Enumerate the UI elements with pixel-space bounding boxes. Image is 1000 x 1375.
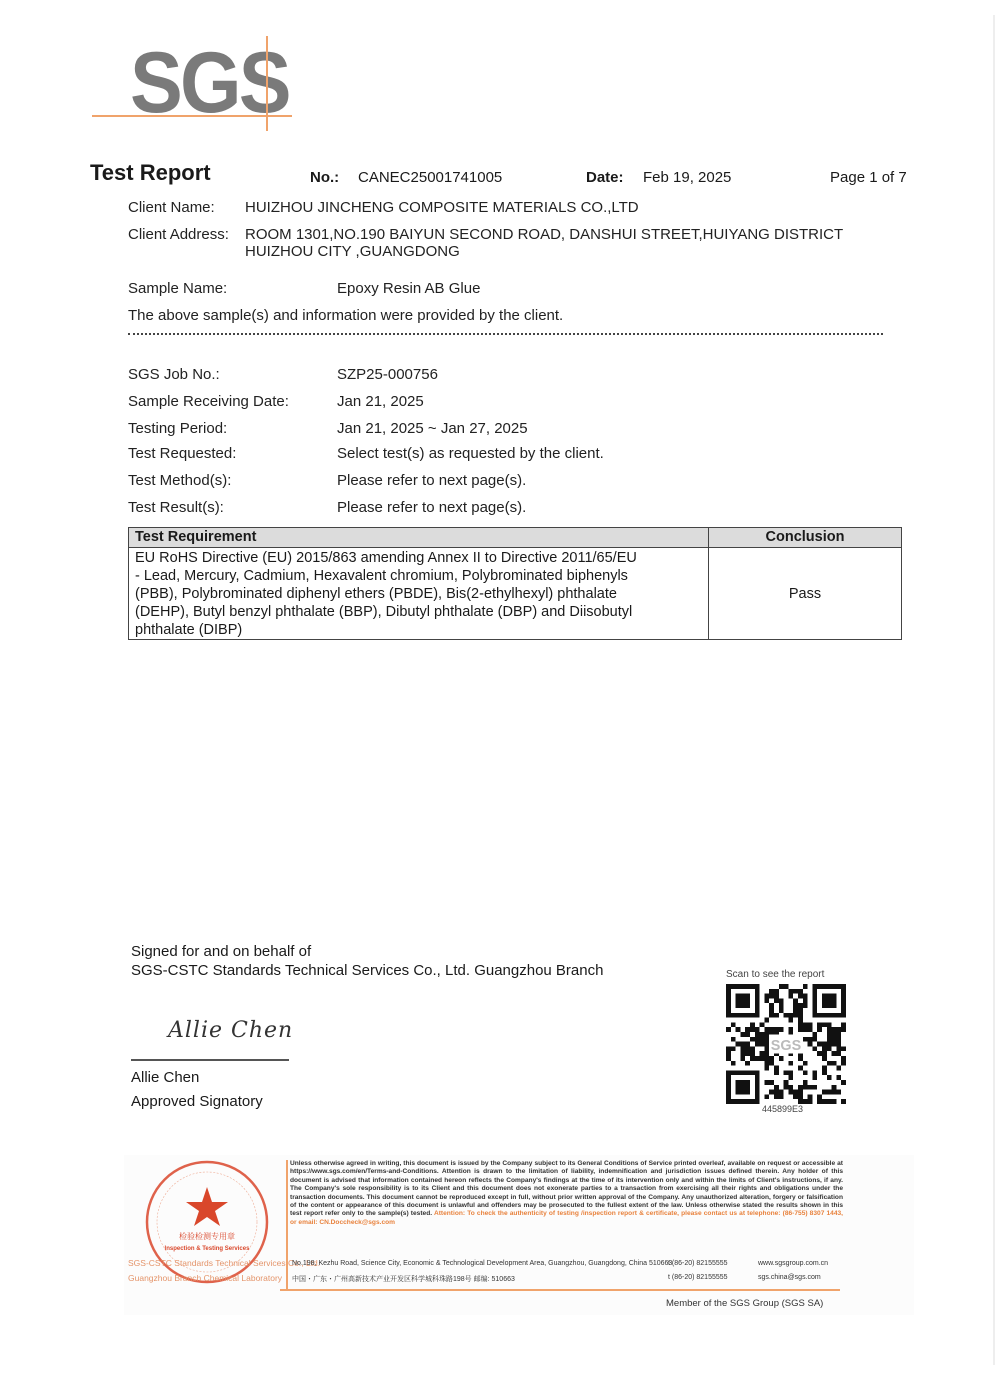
receiving-date-label: Sample Receiving Date: [128,393,289,410]
results-table: Test Requirement Conclusion EU RoHS Dire… [128,527,902,640]
requirement-line: (DEHP), Butyl benzyl phthalate (BBP), Di… [135,603,702,621]
page-indicator: Page 1 of 7 [830,169,907,186]
website-link[interactable]: www.sgsgroup.com.cn [758,1260,828,1267]
requirement-line: phthalate (DIBP) [135,621,702,639]
requirement-cell: EU RoHS Directive (EU) 2015/863 amending… [129,548,709,640]
requirement-line: (PBB), Polybrominated diphenyl ethers (P… [135,585,702,603]
testing-period-label: Testing Period: [128,420,227,437]
test-methods-label: Test Method(s): [128,472,231,489]
test-requested: Select test(s) as requested by the clien… [337,445,604,462]
report-title: Test Report [90,160,211,186]
client-address-line1: ROOM 1301,NO.190 BAIYUN SECOND ROAD, DAN… [245,226,843,243]
header-test-requirement: Test Requirement [129,528,709,548]
job-no: SZP25-000756 [337,366,438,383]
test-results-label: Test Result(s): [128,499,224,516]
qr-code-id: 445899E3 [762,1104,803,1114]
qr-center-label: SGS [771,1038,802,1054]
sample-name-label: Sample Name: [128,280,227,297]
client-address-line2: HUIZHOU CITY ,GUANGDONG [245,243,460,260]
address-english: No.198, Kezhu Road, Science City, Econom… [292,1260,672,1267]
header-conclusion: Conclusion [709,528,902,548]
sample-name: Epoxy Resin AB Glue [337,280,480,297]
test-methods: Please refer to next page(s). [337,472,526,489]
signatory-title: Approved Signatory [131,1093,263,1110]
logo-accent-horizontal [92,115,292,117]
email-link[interactable]: sgs.china@sgs.com [758,1274,821,1281]
client-address-label: Client Address: [128,226,229,243]
signing-company: SGS-CSTC Standards Technical Services Co… [131,961,603,980]
stamp-center-cn: 检验检测专用章 [179,1231,235,1241]
address-chinese: 中国・广东・广州高新技术产业开发区科学城科珠路198号 邮编: 510663 [292,1274,515,1284]
member-notice: Member of the SGS Group (SGS SA) [666,1298,823,1309]
page-edge [993,15,995,1365]
signature-block: Signed for and on behalf of SGS-CSTC Sta… [131,942,603,980]
job-no-label: SGS Job No.: [128,366,220,383]
report-number-label: No.: [310,169,339,186]
legal-text: Unless otherwise agreed in writing, this… [290,1160,843,1217]
test-results: Please refer to next page(s). [337,499,526,516]
telephone-2: t (86-20) 82155555 [668,1274,728,1281]
report-date-label: Date: [586,169,624,186]
requirement-line: EU RoHS Directive (EU) 2015/863 amending… [135,549,702,567]
requirement-line: - Lead, Mercury, Cadmium, Hexavalent chr… [135,567,702,585]
signatory-name: Allie Chen [131,1069,199,1086]
report-date: Feb 19, 2025 [643,169,731,186]
table-header-row: Test Requirement Conclusion [129,528,902,548]
conclusion-cell: Pass [709,548,902,640]
legal-disclaimer: Unless otherwise agreed in writing, this… [290,1160,843,1227]
qr-code-icon[interactable]: SGS [726,984,846,1104]
signature-line [131,1059,289,1061]
stamp-center-en: Inspection & Testing Services [165,1246,251,1252]
table-row: EU RoHS Directive (EU) 2015/863 amending… [129,548,902,640]
receiving-date: Jan 21, 2025 [337,393,424,410]
handwritten-signature: Allie Chen [168,1018,293,1043]
client-name: HUIZHOU JINCHENG COMPOSITE MATERIALS CO.… [245,199,639,216]
stamp-caption-line2: Guangzhou Branch Chemical Laboratory [128,1273,282,1283]
dashed-divider [128,333,883,335]
footer-accent-horizontal [280,1289,840,1291]
test-requested-label: Test Requested: [128,445,236,462]
signed-on-behalf: Signed for and on behalf of [131,942,603,961]
client-name-label: Client Name: [128,199,215,216]
footer-accent-vertical [286,1160,288,1290]
logo-accent-vertical [266,36,268,131]
testing-period: Jan 21, 2025 ~ Jan 27, 2025 [337,420,528,437]
telephone-1: t (86-20) 82155555 [668,1260,728,1267]
qr-caption: Scan to see the report [726,969,824,980]
sample-note: The above sample(s) and information were… [128,307,563,324]
sgs-logo: SGS [130,40,289,126]
report-number: CANEC25001741005 [358,169,502,186]
